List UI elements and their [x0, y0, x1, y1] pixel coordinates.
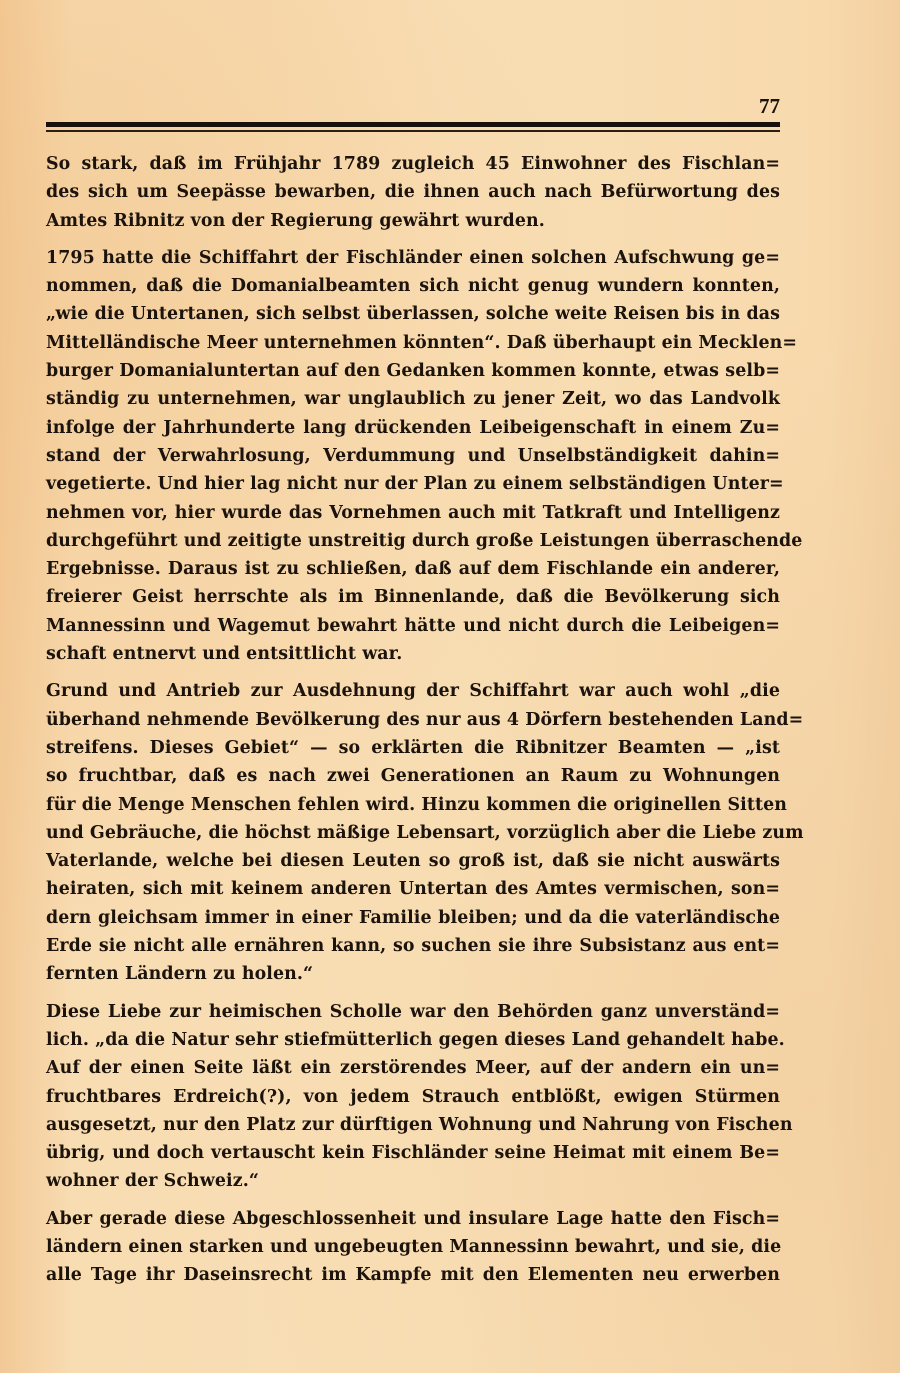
text-line: 1795 hatte die Schiffahrt der Fischlände…	[46, 244, 780, 272]
header-rule-thin	[46, 130, 780, 132]
text-line: Mannessinn und Wagemut bewahrt hätte und…	[46, 612, 780, 640]
text-line: fernten Ländern zu holen.“	[46, 960, 780, 988]
text-line: fruchtbares Erdreich(?), von jedem Strau…	[46, 1083, 780, 1111]
text-line: infolge der Jahrhunderte lang drückenden…	[46, 414, 780, 442]
text-line: des sich um Seepässe bewarben, die ihnen…	[46, 178, 780, 206]
text-line: Vaterlande, welche bei diesen Leuten so …	[46, 847, 780, 875]
page-number: 77	[700, 94, 780, 118]
text-line: alle Tage ihr Daseinsrecht im Kampfe mit…	[46, 1261, 780, 1289]
text-line: Diese Liebe zur heimischen Scholle war d…	[46, 998, 780, 1026]
text-line: für die Menge Menschen fehlen wird. Hinz…	[46, 791, 780, 819]
text-line: überhand nehmende Bevölkerung des nur au…	[46, 706, 780, 734]
body-text: So stark, daß im Frühjahr 1789 zugleich …	[46, 150, 780, 1299]
text-line: nommen, daß die Domanialbeamten sich nic…	[46, 272, 780, 300]
text-line: so fruchtbar, daß es nach zwei Generatio…	[46, 762, 780, 790]
text-line: nehmen vor, hier wurde das Vornehmen auc…	[46, 499, 780, 527]
text-line: schaft entnervt und entsittlicht war.	[46, 640, 780, 668]
text-line: übrig, und doch vertauscht kein Fischlän…	[46, 1139, 780, 1167]
text-line: und Gebräuche, die höchst mäßige Lebensa…	[46, 819, 780, 847]
text-line: wohner der Schweiz.“	[46, 1167, 780, 1195]
book-page: 77 So stark, daß im Frühjahr 1789 zuglei…	[0, 0, 900, 1373]
text-line: stand der Verwahrlosung, Verdummung und …	[46, 442, 780, 470]
paragraph-4: Diese Liebe zur heimischen Scholle war d…	[46, 998, 780, 1196]
text-line: Grund und Antrieb zur Ausdehnung der Sch…	[46, 677, 780, 705]
text-line: Auf der einen Seite läßt ein zerstörende…	[46, 1054, 780, 1082]
text-line: So stark, daß im Frühjahr 1789 zugleich …	[46, 150, 780, 178]
text-line: Ergebnisse. Daraus ist zu schließen, daß…	[46, 555, 780, 583]
text-line: Aber gerade diese Abgeschlossenheit und …	[46, 1205, 780, 1233]
text-line: Erde sie nicht alle ernähren kann, so su…	[46, 932, 780, 960]
text-line: ländern einen starken und ungebeugten Ma…	[46, 1233, 780, 1261]
text-line: lich. „da die Natur sehr stiefmütterlich…	[46, 1026, 780, 1054]
paragraph-5: Aber gerade diese Abgeschlossenheit und …	[46, 1205, 780, 1290]
text-line: Mittelländische Meer unternehmen könnten…	[46, 329, 780, 357]
header-rule-thick	[46, 122, 780, 127]
text-line: freierer Geist herrschte als im Binnenla…	[46, 583, 780, 611]
text-line: durchgeführt und zeitigte unstreitig dur…	[46, 527, 780, 555]
text-line: Amtes Ribnitz von der Regierung gewährt …	[46, 207, 780, 235]
text-line: heiraten, sich mit keinem anderen Untert…	[46, 875, 780, 903]
text-line: ständig zu unternehmen, war unglaublich …	[46, 385, 780, 413]
paragraph-1: So stark, daß im Frühjahr 1789 zugleich …	[46, 150, 780, 235]
text-line: vegetierte. Und hier lag nicht nur der P…	[46, 470, 780, 498]
paragraph-3: Grund und Antrieb zur Ausdehnung der Sch…	[46, 677, 780, 988]
text-line: „wie die Untertanen, sich selbst überlas…	[46, 300, 780, 328]
text-line: streifens. Dieses Gebiet“ — so erklärten…	[46, 734, 780, 762]
paragraph-2: 1795 hatte die Schiffahrt der Fischlände…	[46, 244, 780, 668]
text-line: burger Domanialuntertan auf den Gedanken…	[46, 357, 780, 385]
text-line: ausgesetzt, nur den Platz zur dürftigen …	[46, 1111, 780, 1139]
text-line: dern gleichsam immer in einer Familie bl…	[46, 904, 780, 932]
